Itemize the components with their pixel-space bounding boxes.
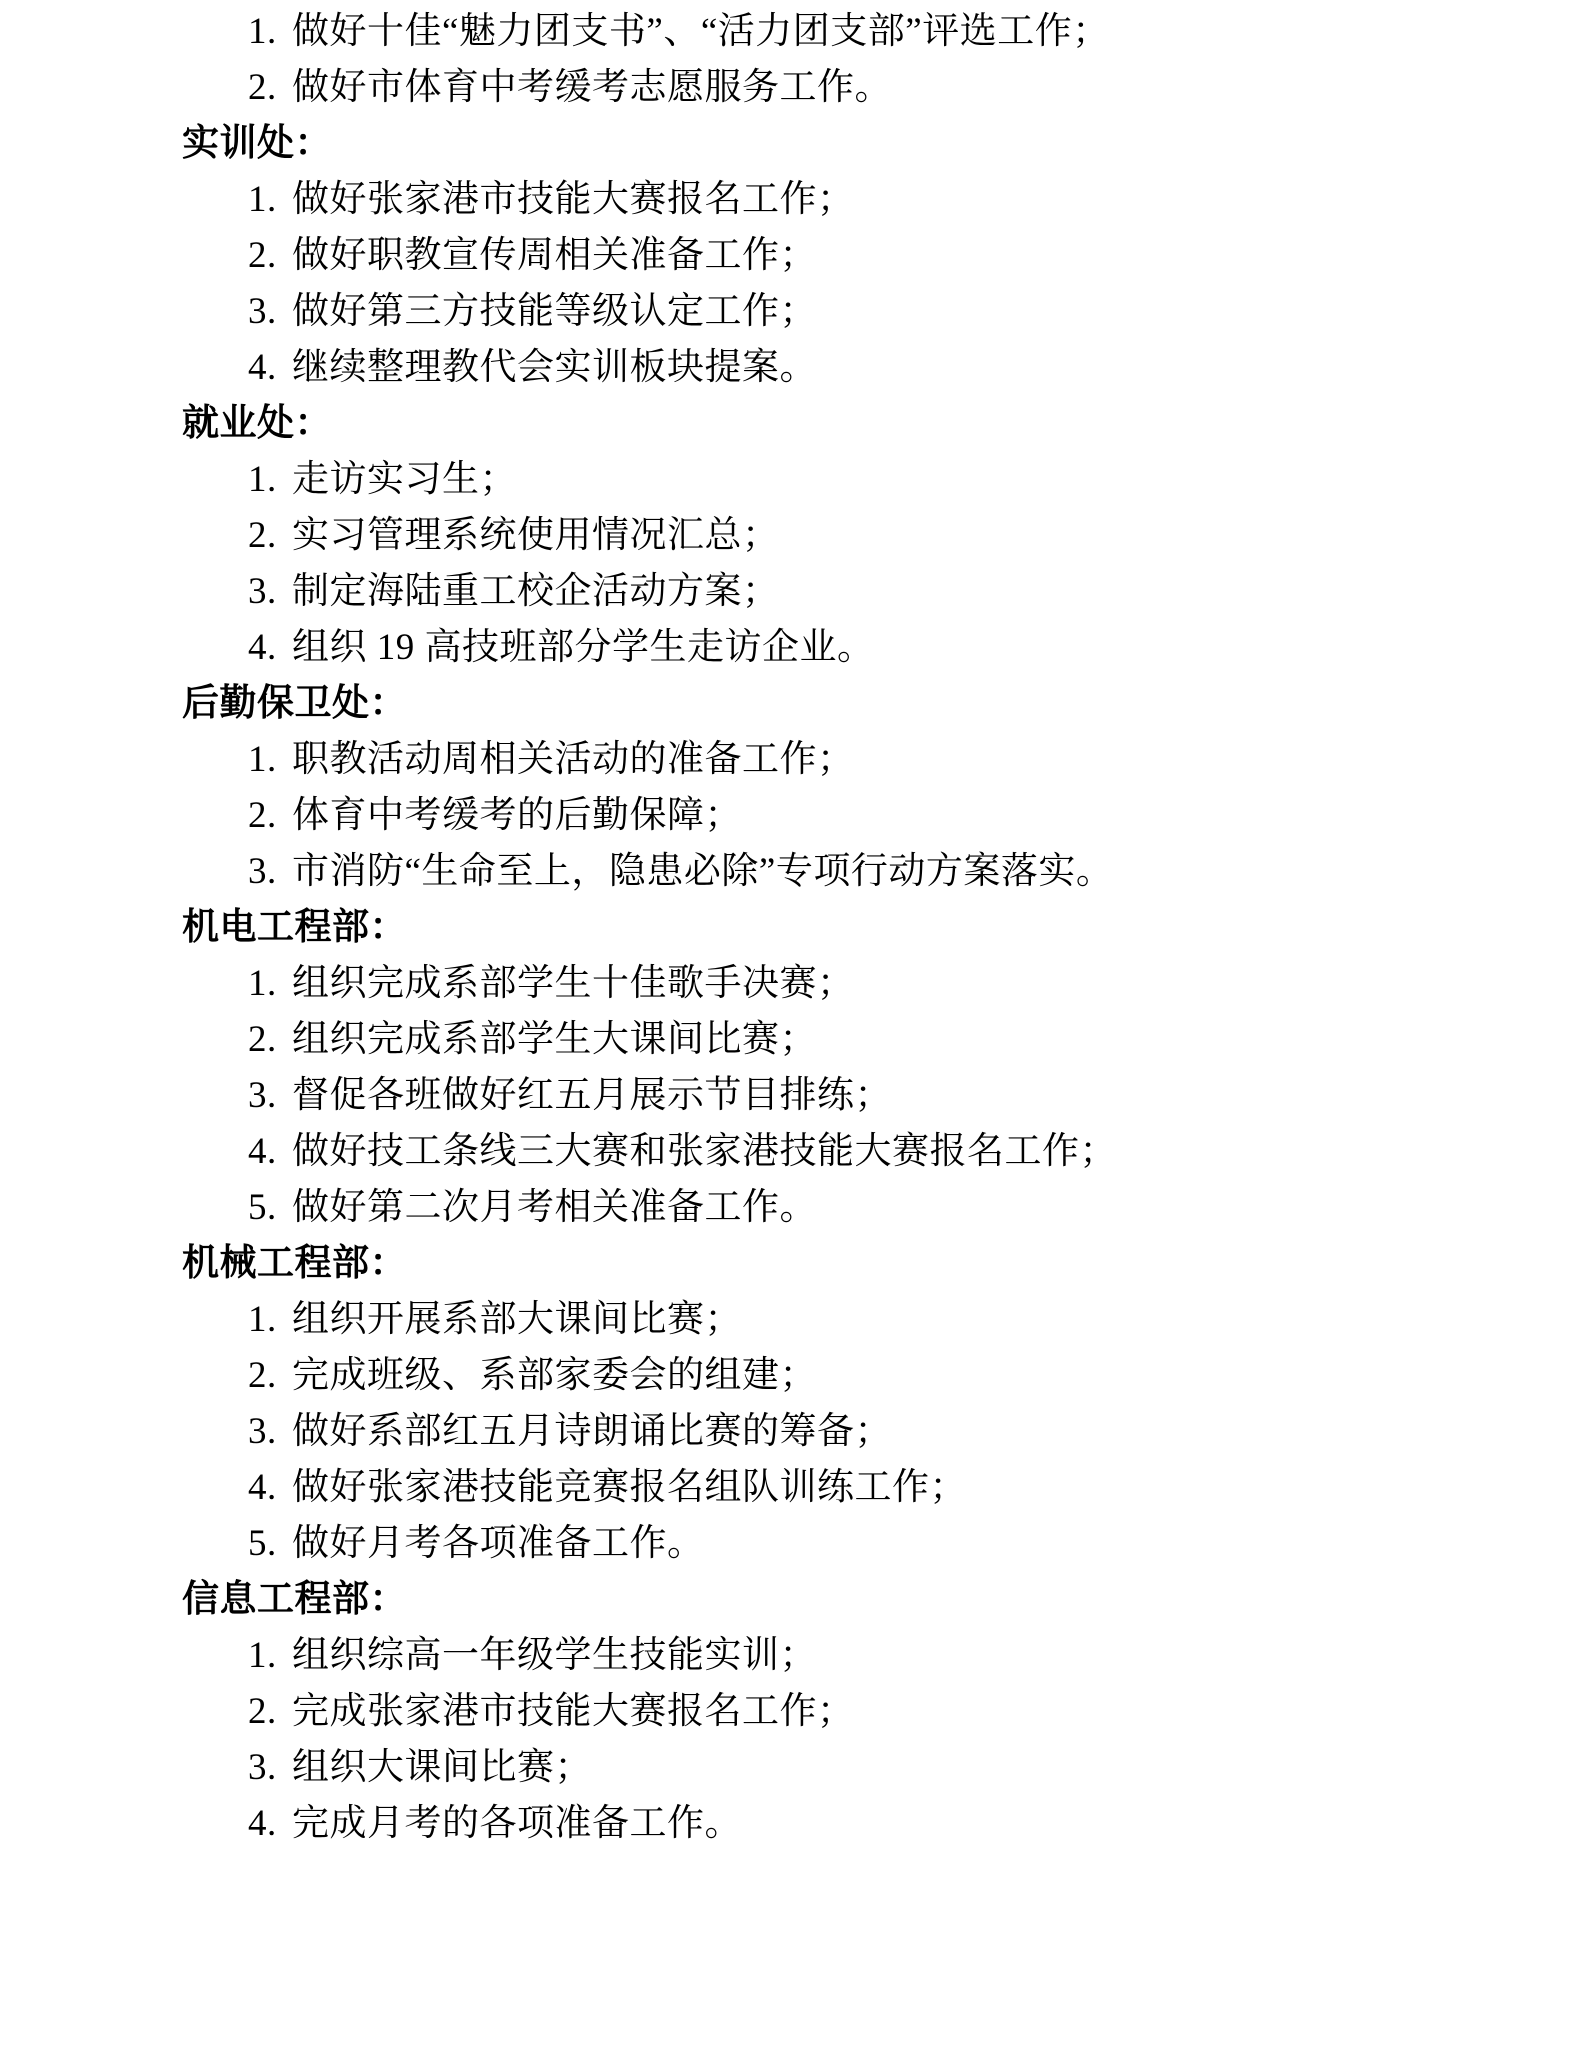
list-item: 4.完成月考的各项准备工作。 (0, 1796, 1587, 1852)
item-number: 2. (248, 1348, 292, 1404)
item-text: 组织开展系部大课间比赛； (292, 1299, 742, 1340)
item-number: 1. (248, 452, 292, 508)
item-text: 完成月考的各项准备工作。 (292, 1803, 742, 1844)
list-item: 1.组织完成系部学生十佳歌手决赛； (0, 956, 1587, 1012)
list-item: 2.做好市体育中考缓考志愿服务工作。 (0, 60, 1587, 116)
section-heading: 机械工程部： (0, 1236, 1587, 1292)
list-item: 1.职教活动周相关活动的准备工作； (0, 732, 1587, 788)
list-item: 3.督促各班做好红五月展示节目排练； (0, 1068, 1587, 1124)
list-item: 2.组织完成系部学生大课间比赛； (0, 1012, 1587, 1068)
item-text: 组织大课间比赛； (292, 1747, 592, 1788)
list-item: 2.完成班级、系部家委会的组建； (0, 1348, 1587, 1404)
list-item: 3.组织大课间比赛； (0, 1740, 1587, 1796)
item-text: 做好张家港市技能大赛报名工作； (292, 179, 855, 220)
list-item: 1.做好张家港市技能大赛报名工作； (0, 172, 1587, 228)
item-text: 做好职教宣传周相关准备工作； (292, 235, 817, 276)
item-number: 4. (248, 1796, 292, 1852)
item-number: 1. (248, 956, 292, 1012)
list-item: 2.完成张家港市技能大赛报名工作； (0, 1684, 1587, 1740)
item-text: 组织综高一年级学生技能实训； (292, 1635, 817, 1676)
item-number: 1. (248, 732, 292, 788)
section-heading: 机电工程部： (0, 900, 1587, 956)
item-number: 2. (248, 1012, 292, 1068)
item-number: 5. (248, 1516, 292, 1572)
item-text: 做好月考各项准备工作。 (292, 1523, 705, 1564)
item-number: 3. (248, 1068, 292, 1124)
item-number: 2. (248, 1684, 292, 1740)
item-number: 3. (248, 284, 292, 340)
item-number: 4. (248, 1124, 292, 1180)
item-text: 继续整理教代会实训板块提案。 (292, 347, 817, 388)
item-number: 4. (248, 1460, 292, 1516)
item-number: 2. (248, 508, 292, 564)
item-number: 4. (248, 620, 292, 676)
list-item: 3.制定海陆重工校企活动方案； (0, 564, 1587, 620)
list-item: 5.做好第二次月考相关准备工作。 (0, 1180, 1587, 1236)
list-item: 2.实习管理系统使用情况汇总； (0, 508, 1587, 564)
list-item: 3.市消防“生命至上，隐患必除”专项行动方案落实。 (0, 844, 1587, 900)
item-text: 组织 19 高技班部分学生走访企业。 (292, 627, 875, 668)
list-item: 4.组织 19 高技班部分学生走访企业。 (0, 620, 1587, 676)
item-text: 做好第二次月考相关准备工作。 (292, 1187, 817, 1228)
item-text: 实习管理系统使用情况汇总； (292, 515, 780, 556)
item-text: 组织完成系部学生大课间比赛； (292, 1019, 817, 1060)
item-number: 4. (248, 340, 292, 396)
list-item: 4.做好技工条线三大赛和张家港技能大赛报名工作； (0, 1124, 1587, 1180)
list-item: 4.做好张家港技能竞赛报名组队训练工作； (0, 1460, 1587, 1516)
list-item: 3.做好系部红五月诗朗诵比赛的筹备； (0, 1404, 1587, 1460)
list-item: 2.体育中考缓考的后勤保障； (0, 788, 1587, 844)
list-item: 4.继续整理教代会实训板块提案。 (0, 340, 1587, 396)
list-item: 1.组织综高一年级学生技能实训； (0, 1628, 1587, 1684)
item-text: 做好技工条线三大赛和张家港技能大赛报名工作； (292, 1131, 1117, 1172)
item-text: 体育中考缓考的后勤保障； (292, 795, 742, 836)
item-text: 做好十佳“魅力团支书”、“活力团支部”评选工作； (292, 11, 1110, 52)
item-text: 做好市体育中考缓考志愿服务工作。 (292, 67, 892, 108)
list-item: 2.做好职教宣传周相关准备工作； (0, 228, 1587, 284)
item-number: 2. (248, 228, 292, 284)
list-item: 3.做好第三方技能等级认定工作； (0, 284, 1587, 340)
item-number: 2. (248, 788, 292, 844)
item-number: 1. (248, 1628, 292, 1684)
item-text: 制定海陆重工校企活动方案； (292, 571, 780, 612)
item-text: 走访实习生； (292, 459, 517, 500)
item-number: 1. (248, 172, 292, 228)
list-item: 1.组织开展系部大课间比赛； (0, 1292, 1587, 1348)
item-number: 3. (248, 844, 292, 900)
item-text: 完成班级、系部家委会的组建； (292, 1355, 817, 1396)
item-number: 1. (248, 1292, 292, 1348)
item-number: 1. (248, 4, 292, 60)
item-number: 5. (248, 1180, 292, 1236)
item-number: 3. (248, 1740, 292, 1796)
document-page: 1.做好十佳“魅力团支书”、“活力团支部”评选工作；2.做好市体育中考缓考志愿服… (0, 0, 1587, 2065)
item-text: 市消防“生命至上，隐患必除”专项行动方案落实。 (292, 851, 1113, 892)
item-text: 督促各班做好红五月展示节目排练； (292, 1075, 892, 1116)
item-text: 做好系部红五月诗朗诵比赛的筹备； (292, 1411, 892, 1452)
list-item: 1.做好十佳“魅力团支书”、“活力团支部”评选工作； (0, 4, 1587, 60)
item-text: 组织完成系部学生十佳歌手决赛； (292, 963, 855, 1004)
item-number: 3. (248, 1404, 292, 1460)
section-heading: 实训处： (0, 116, 1587, 172)
item-text: 完成张家港市技能大赛报名工作； (292, 1691, 855, 1732)
item-number: 2. (248, 60, 292, 116)
item-number: 3. (248, 564, 292, 620)
item-text: 做好第三方技能等级认定工作； (292, 291, 817, 332)
item-text: 做好张家港技能竞赛报名组队训练工作； (292, 1467, 967, 1508)
list-item: 5.做好月考各项准备工作。 (0, 1516, 1587, 1572)
list-item: 1.走访实习生； (0, 452, 1587, 508)
section-heading: 就业处： (0, 396, 1587, 452)
item-text: 职教活动周相关活动的准备工作； (292, 739, 855, 780)
section-heading: 后勤保卫处： (0, 676, 1587, 732)
section-heading: 信息工程部： (0, 1572, 1587, 1628)
